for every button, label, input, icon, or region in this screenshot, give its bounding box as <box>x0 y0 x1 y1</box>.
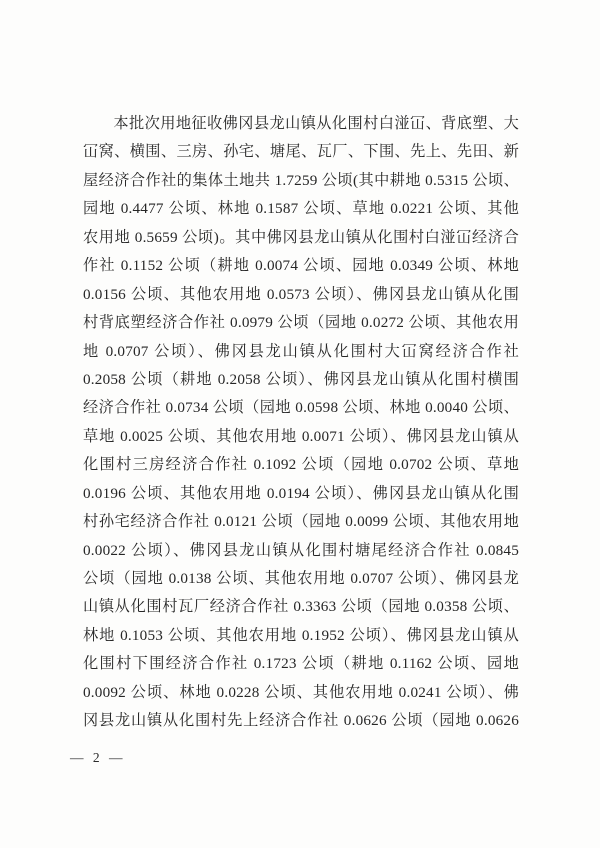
text-line: 本批次用地征收佛冈县龙山镇从化围村白湴冚、背底塑、大 <box>83 110 519 138</box>
text-line: 草地 0.0025 公顷、其他农用地 0.0071 公顷）、佛冈县龙山镇从 <box>83 423 519 451</box>
text-line: 作社 0.1152 公顷（耕地 0.0074 公顷、园地 0.0349 公顷、林… <box>83 252 519 280</box>
text-line: 林地 0.1053 公顷、其他农用地 0.1952 公顷）、佛冈县龙山镇从 <box>83 622 519 650</box>
text-line: 冚窝、横围、三房、孙宅、塘尾、瓦厂、下围、先上、先田、新 <box>83 138 519 166</box>
text-line: 地 0.0707 公顷）、佛冈县龙山镇从化围村大冚窝经济合作社 <box>83 338 519 366</box>
text-line: 公顷（园地 0.0138 公顷、其他农用地 0.0707 公顷）、佛冈县龙 <box>83 565 519 593</box>
text-line: 村背底塑经济合作社 0.0979 公顷（园地 0.0272 公顷、其他农用 <box>83 309 519 337</box>
text-line: 0.0156 公顷、其他农用地 0.0573 公顷）、佛冈县龙山镇从化围 <box>83 281 519 309</box>
text-line: 0.0022 公顷）、佛冈县龙山镇从化围村塘尾经济合作社 0.0845 <box>83 537 519 565</box>
text-line: 屋经济合作社的集体土地共 1.7259 公顷(其中耕地 0.5315 公顷、 <box>83 167 519 195</box>
text-line: 村孙宅经济合作社 0.0121 公顷（园地 0.0099 公顷、其他农用地 <box>83 508 519 536</box>
text-line: 园地 0.4477 公顷、林地 0.1587 公顷、草地 0.0221 公顷、其… <box>83 195 519 223</box>
text-line: 经济合作社 0.0734 公顷（园地 0.0598 公顷、林地 0.0040 公… <box>83 394 519 422</box>
text-line: 农用地 0.5659 公顷)。其中佛冈县龙山镇从化围村白湴冚经济合 <box>83 224 519 252</box>
text-line: 冈县龙山镇从化围村先上经济合作社 0.0626 公顷（园地 0.0626 <box>83 707 519 735</box>
text-line: 化围村三房经济合作社 0.1092 公顷（园地 0.0702 公顷、草地 <box>83 451 519 479</box>
text-line: 化围村下围经济合作社 0.1723 公顷（耕地 0.1162 公顷、园地 <box>83 650 519 678</box>
page-number: — 2 — <box>70 750 126 766</box>
text-line: 0.0196 公顷、其他农用地 0.0194 公顷）、佛冈县龙山镇从化围 <box>83 480 519 508</box>
text-line: 山镇从化围村瓦厂经济合作社 0.3363 公顷（园地 0.0358 公顷、 <box>83 593 519 621</box>
document-page: 本批次用地征收佛冈县龙山镇从化围村白湴冚、背底塑、大 冚窝、横围、三房、孙宅、塘… <box>0 0 600 848</box>
body-text-block: 本批次用地征收佛冈县龙山镇从化围村白湴冚、背底塑、大 冚窝、横围、三房、孙宅、塘… <box>83 110 519 736</box>
text-line: 0.2058 公顷（耕地 0.2058 公顷）、佛冈县龙山镇从化围村横围 <box>83 366 519 394</box>
text-line: 0.0092 公顷、林地 0.0228 公顷、其他农用地 0.0241 公顷）、… <box>83 679 519 707</box>
